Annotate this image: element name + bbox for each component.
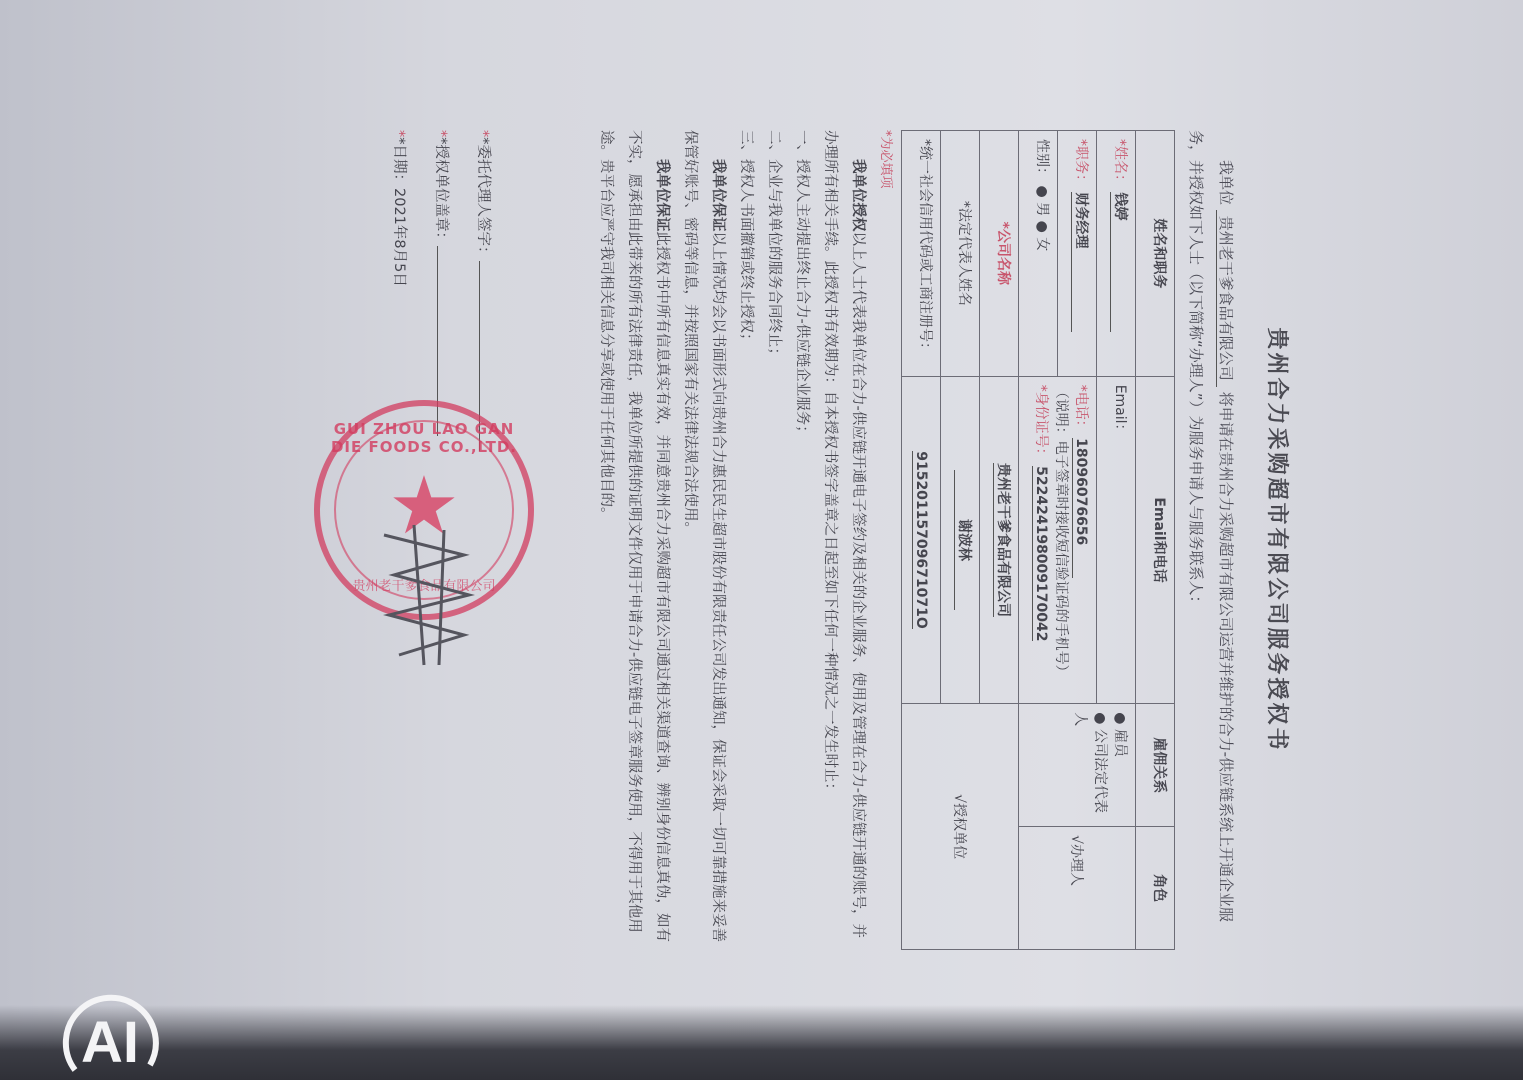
email-cell: Email：: [1097, 376, 1136, 704]
name-label: *姓名：: [1112, 139, 1128, 188]
intro-paragraph: 我单位 贵州老干爹食品有限公司 将申请在贵州合力采购超市有限公司运营并维护的合力…: [1181, 130, 1241, 950]
intro-lead: 我单位: [1217, 160, 1235, 205]
company-role-cell: √授权单位: [902, 704, 1019, 950]
phone-note: （说明：电子签章时接收短信验证码的手机号）: [1052, 385, 1072, 696]
title-value: 财务经理: [1071, 192, 1092, 332]
legal-rep-value: 谢波林: [941, 376, 980, 704]
gender-label: 性别：: [1034, 139, 1050, 181]
authorization-paragraph: 我单位授权以上人士代表我单位在合力-供应链开通电子签约及相关的企业服务、使用及管…: [816, 130, 872, 950]
ai-watermark-icon: AI: [55, 980, 165, 1080]
phone-label: *电话：: [1073, 385, 1089, 434]
guarantee-paragraph-1: 我单位保证以上情况均会以书面形式向贵州合力惠民民生超市股份有限责任公司发出通知，…: [676, 130, 732, 950]
gender-male: 男: [1034, 202, 1050, 216]
gender-female: 女: [1034, 237, 1050, 251]
legal-rep-label: *法定代表人姓名: [941, 131, 980, 377]
employment-option-legal-rep: ● 公司法定代表人: [1071, 712, 1111, 818]
document-title: 贵州合力采购超市有限公司服务授权书: [1263, 130, 1294, 950]
company-name-value: 贵州老干爹食品有限公司: [980, 376, 1019, 704]
unit-stamp-label: *授权单位盖章：: [433, 137, 449, 246]
date-value: 2021年8月5日: [391, 188, 407, 287]
required-note: *为必填项: [878, 130, 897, 950]
termination-item-1: 一、授权人主动提出终止合力-供应链企业服务；: [788, 130, 816, 950]
header-name-title: 姓名和职务: [1136, 131, 1175, 377]
agent-signature-label: *委托代理人签字：: [475, 137, 491, 260]
id-label: *身份证号：: [1033, 385, 1049, 462]
termination-item-3: 三、授权人书面撤销或终止授权；: [732, 130, 760, 950]
seal-text-en: GUI ZHOU LAO GAN DIE FOODS CO.,LTD.: [320, 420, 528, 456]
guarantee-paragraph-2: 我单位保证此授权书中所有信息真实有效，并同意贵州合力采购超市有限公司通过相关渠道…: [592, 130, 676, 950]
company-name-label: *公司名称: [980, 131, 1019, 377]
authorization-letter-page: 贵州合力采购超市有限公司服务授权书 我单位 贵州老干爹食品有限公司 将申请在贵州…: [164, 100, 1324, 980]
phone-value: 18096076656: [1072, 438, 1089, 578]
gender-cell: 性别： ● 男 ● 女: [1019, 131, 1058, 377]
employment-cell: ● 雇员 ● 公司法定代表人: [1019, 704, 1136, 827]
name-cell: *姓名： 钱婷: [1097, 131, 1136, 377]
applicant-table: 姓名和职务 Email和电话 雇佣关系 角色 *姓名： 钱婷 Email： ● …: [901, 130, 1175, 950]
role-cell: √办理人: [1019, 827, 1136, 950]
header-role: 角色: [1136, 827, 1175, 950]
applicant-company: 贵州老干爹食品有限公司: [1216, 210, 1235, 387]
title-cell: *职务： 财务经理: [1058, 131, 1097, 377]
svg-text:AI: AI: [81, 1010, 139, 1075]
signature-scribble: [374, 515, 484, 675]
photo-shadow: [0, 1005, 1523, 1080]
name-value: 钱婷: [1110, 192, 1131, 332]
credit-code-value: 91520115709671071O: [902, 376, 941, 704]
termination-item-2: 二、企业与我单位的服务合同终止；: [760, 130, 788, 950]
email-label: Email：: [1112, 385, 1128, 438]
phone-id-cell: *电话： 18096076656 （说明：电子签章时接收短信验证码的手机号） *…: [1019, 376, 1097, 704]
date-label: *日期：: [391, 137, 407, 188]
employment-option-employee: ● 雇员: [1111, 712, 1131, 818]
credit-code-label: *统一社会信用代码或工商注册号：: [902, 131, 941, 377]
id-value: 522424198009170042: [1032, 466, 1049, 641]
title-label: *职务：: [1073, 139, 1089, 188]
header-employment: 雇佣关系: [1136, 704, 1175, 827]
header-email-phone: Email和电话: [1136, 376, 1175, 704]
